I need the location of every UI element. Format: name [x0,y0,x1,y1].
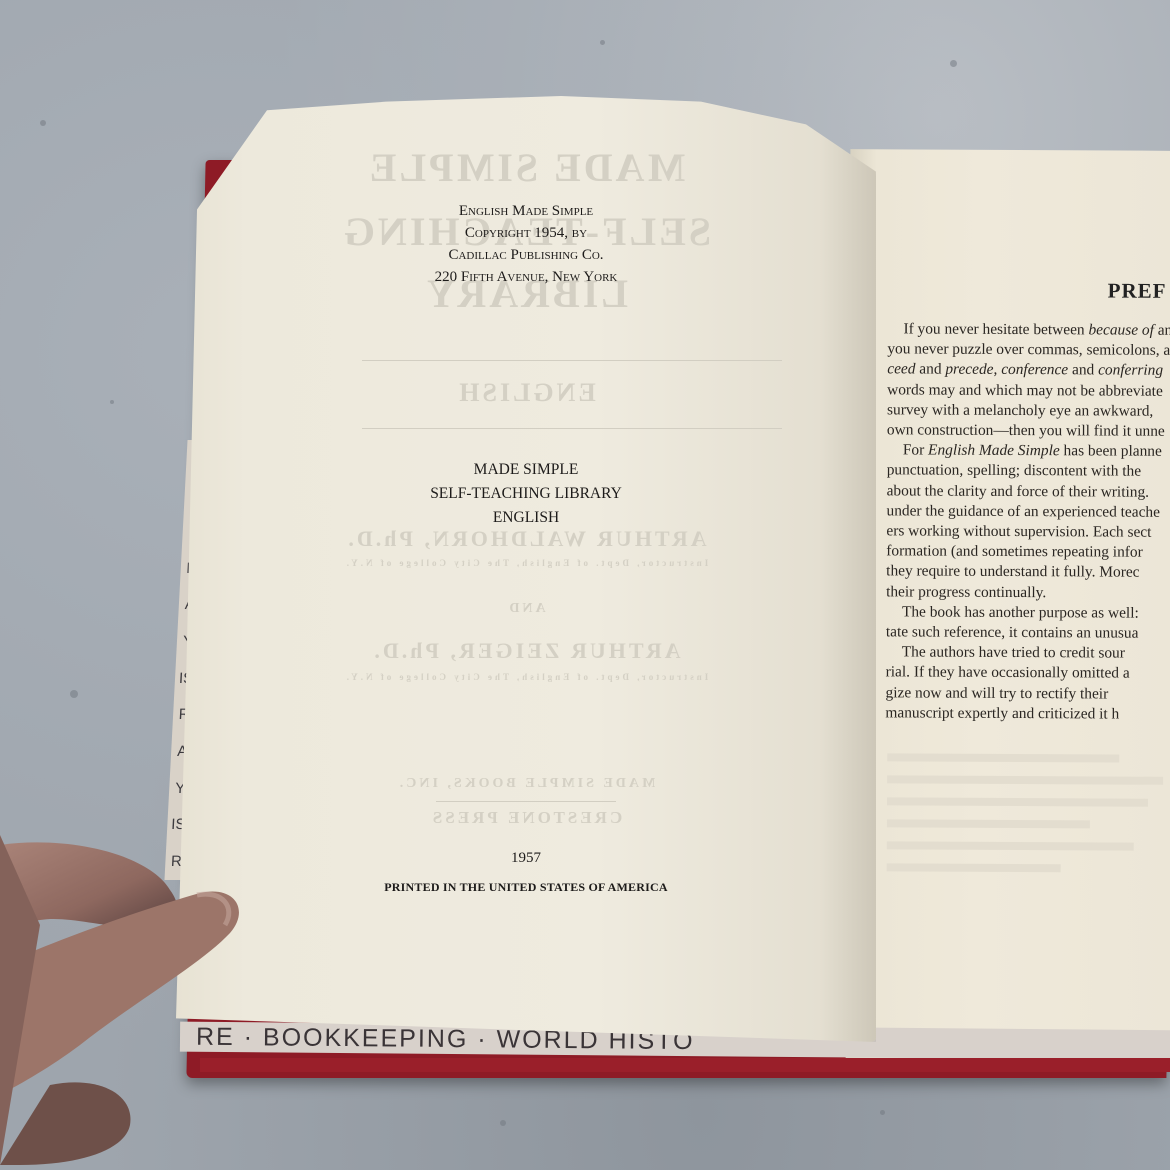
text-run: own construction—then you will find it u… [887,421,1165,439]
text-run: If you never hesitate between [903,320,1088,338]
text-run: survey with a melancholy eye an awkward, [887,401,1153,419]
copyright-imprint: English Made Simple Copyright 1954, by C… [176,200,876,288]
italic-term: conference [1001,361,1068,378]
text-run: formation (and sometimes repeating infor [886,543,1143,561]
text-run: words may and which may not be abbreviat… [887,381,1163,399]
imprint-title: English Made Simple [176,200,876,222]
imprint-publisher: Cadillac Publishing Co. [176,244,876,266]
text-run: The book has another purpose as well: [902,603,1139,621]
text-run: ers working without supervision. Each se… [886,522,1151,540]
preface-heading: PREF [1108,278,1167,303]
preface-line: tate such reference, it contains an unus… [886,622,1170,644]
italic-term: conferring [1098,362,1163,379]
series-line: SELF-TEACHING LIBRARY [176,482,876,506]
show-through-publisher: MADE SIMPLE BOOKS, INC. [176,776,876,792]
series-line: ENGLISH [176,506,876,530]
preface-line: under the guidance of an experienced tea… [886,501,1170,523]
printing-year: 1957 [176,850,876,867]
text-run: gize now and will try to rectify their [886,684,1109,702]
text-run: their progress continually. [886,583,1046,601]
cover-edge [200,1058,1170,1072]
hand [0,835,250,1170]
show-through-toc [886,739,1170,971]
preface-line: The book has another purpose as well: [886,602,1170,624]
text-run: and [1068,362,1098,379]
preface-line: survey with a melancholy eye an awkward, [887,400,1170,422]
preface-line: If you never hesitate between because of… [887,319,1170,341]
text-run: under the guidance of an experienced tea… [886,502,1160,520]
show-through-role: Instructor, Dept. of English, The City C… [176,558,876,568]
imprint-address: 220 Fifth Avenue, New York [176,266,876,288]
text-run: tate such reference, it contains an unus… [886,623,1139,641]
divider [436,801,616,802]
preface-line: ers working without supervision. Each se… [886,521,1170,543]
preface-line: For English Made Simple has been planne [887,441,1170,463]
text-run: , [993,361,1001,378]
text-run: manuscript expertly and criticized it h [885,704,1119,722]
divider [362,360,782,361]
series-line: MADE SIMPLE [176,458,876,482]
show-through-text [890,169,1170,191]
preface-line: own construction—then you will find it u… [887,420,1170,442]
text-run: punctuation, spelling; discontent with t… [887,462,1141,480]
text-run: they require to understand it fully. Mor… [886,563,1139,581]
preface-line: they require to understand it fully. Mor… [886,562,1170,584]
text-run: has been planne [1060,442,1162,460]
preface-line: about the clarity and force of their wri… [887,481,1170,503]
preface-line: formation (and sometimes repeating infor [886,542,1170,564]
text-run: The authors have tried to credit sour [902,644,1125,662]
preface-line: ceed and precede, conference and conferr… [887,360,1170,382]
text-run: For [903,442,928,459]
left-page: MADE SIMPLE SELF-TEACHING LIBRARY ENGLIS… [176,96,876,1042]
preface-line: manuscript expertly and criticized it h [885,703,1170,725]
preface-line: words may and which may not be abbreviat… [887,380,1170,402]
preface-line: rial. If they have occasionally omitted … [886,663,1170,685]
text-run: and [915,361,945,378]
italic-term: English Made Simple [928,442,1060,460]
imprint-copyright: Copyright 1954, by [176,222,876,244]
preface-line: punctuation, spelling; discontent with t… [887,461,1170,483]
preface-line: The authors have tried to credit sour [886,643,1170,665]
text-run: about the clarity and force of their wri… [887,482,1149,500]
preface-body: If you never hesitate between because of… [885,319,1170,725]
printed-in-notice: PRINTED IN THE UNITED STATES OF AMERICA [176,880,876,895]
text-run: you never puzzle over commas, semicolons… [887,341,1170,360]
italic-term: because of [1088,321,1153,338]
show-through-role: Instructor, Dept. of English, The City C… [176,672,876,682]
show-through-author: ARTHUR ZEIGER, Ph.D. [176,638,876,664]
text-run: and [1154,322,1170,339]
text-run: rial. If they have occasionally omitted … [886,664,1130,682]
divider [362,428,782,429]
show-through-and: AND [176,601,876,617]
show-through-subject: ENGLISH [176,378,876,408]
italic-term: ceed [887,361,915,378]
series-block: MADE SIMPLE SELF-TEACHING LIBRARY ENGLIS… [176,458,876,530]
preface-line: their progress continually. [886,582,1170,604]
right-page: PREF If you never hesitate between becau… [846,149,1170,1071]
show-through-title: MADE SIMPLE [176,144,876,191]
preface-line: you never puzzle over commas, semicolons… [887,340,1170,362]
italic-term: precede [945,361,993,378]
preface-line: gize now and will try to rectify their [886,683,1170,705]
show-through-press: CRESTONE PRESS [176,808,876,828]
